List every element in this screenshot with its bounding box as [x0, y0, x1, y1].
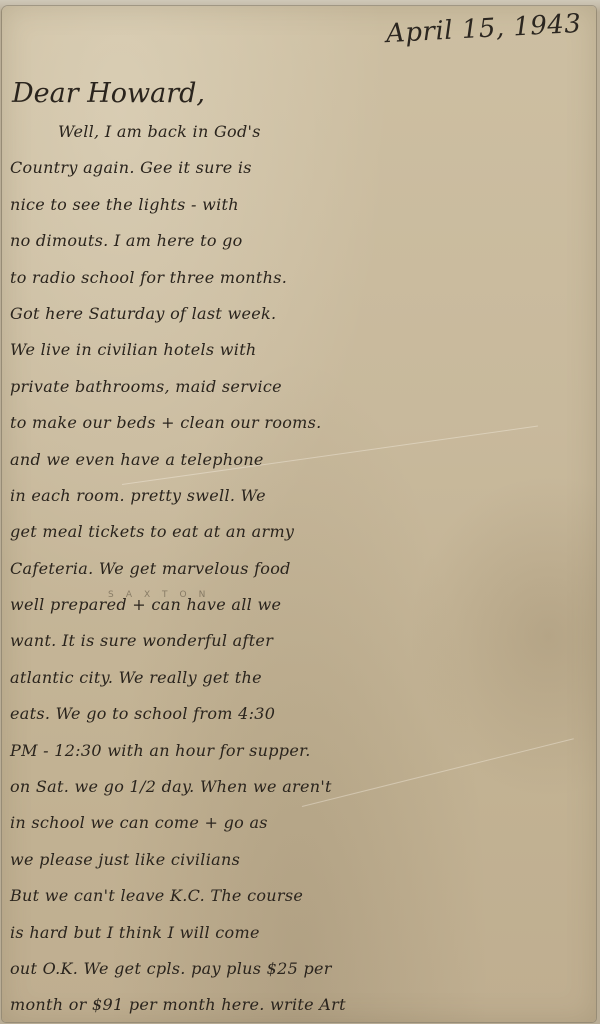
letter-line: in each room. pretty swell. We: [10, 478, 596, 514]
letter-line: We live in civilian hotels with: [10, 332, 596, 368]
letter-line: out O.K. We get cpls. pay plus $25 per: [10, 951, 596, 987]
letter-line: month or $91 per month here. write Art: [10, 987, 596, 1023]
letter-line: to make our beds + clean our rooms.: [10, 405, 596, 441]
letter-line: want. It is sure wonderful after: [10, 623, 596, 659]
photo-background: April 15, 1943 Dear Howard, Well, I am b…: [0, 0, 600, 1024]
postcard: April 15, 1943 Dear Howard, Well, I am b…: [2, 6, 596, 1022]
letter-line: But we can't leave K.C. The course: [10, 878, 596, 914]
letter-line: Got here Saturday of last week.: [10, 296, 596, 332]
letter-line: in school we can come + go as: [10, 805, 596, 841]
letter-line: Country again. Gee it sure is: [10, 150, 596, 186]
letter-line: atlantic city. We really get the: [10, 660, 596, 696]
letter-line: to radio school for three months.: [10, 260, 596, 296]
faint-stamp-mark: SAXTON: [108, 590, 217, 600]
letter-line: on Sat. we go 1/2 day. When we aren't: [10, 769, 596, 805]
letter-body: Well, I am back in God's Country again. …: [10, 114, 596, 1024]
letter-line: PM - 12:30 with an hour for supper.: [10, 733, 596, 769]
letter-line: nice to see the lights - with: [10, 187, 596, 223]
letter-line: get meal tickets to eat at an army: [10, 514, 596, 550]
salutation: Dear Howard,: [12, 78, 205, 109]
letter-date: April 15, 1943: [386, 9, 583, 49]
letter-line: well prepared + can have all we: [10, 587, 596, 623]
letter-line: we please just like civilians: [10, 842, 596, 878]
letter-line: Cafeteria. We get marvelous food: [10, 551, 596, 587]
letter-line: and we even have a telephone: [10, 442, 596, 478]
letter-line: Well, I am back in God's: [10, 114, 596, 150]
letter-line: eats. We go to school from 4:30: [10, 696, 596, 732]
letter-line: is hard but I think I will come: [10, 915, 596, 951]
letter-line: no dimouts. I am here to go: [10, 223, 596, 259]
letter-line: private bathrooms, maid service: [10, 369, 596, 405]
